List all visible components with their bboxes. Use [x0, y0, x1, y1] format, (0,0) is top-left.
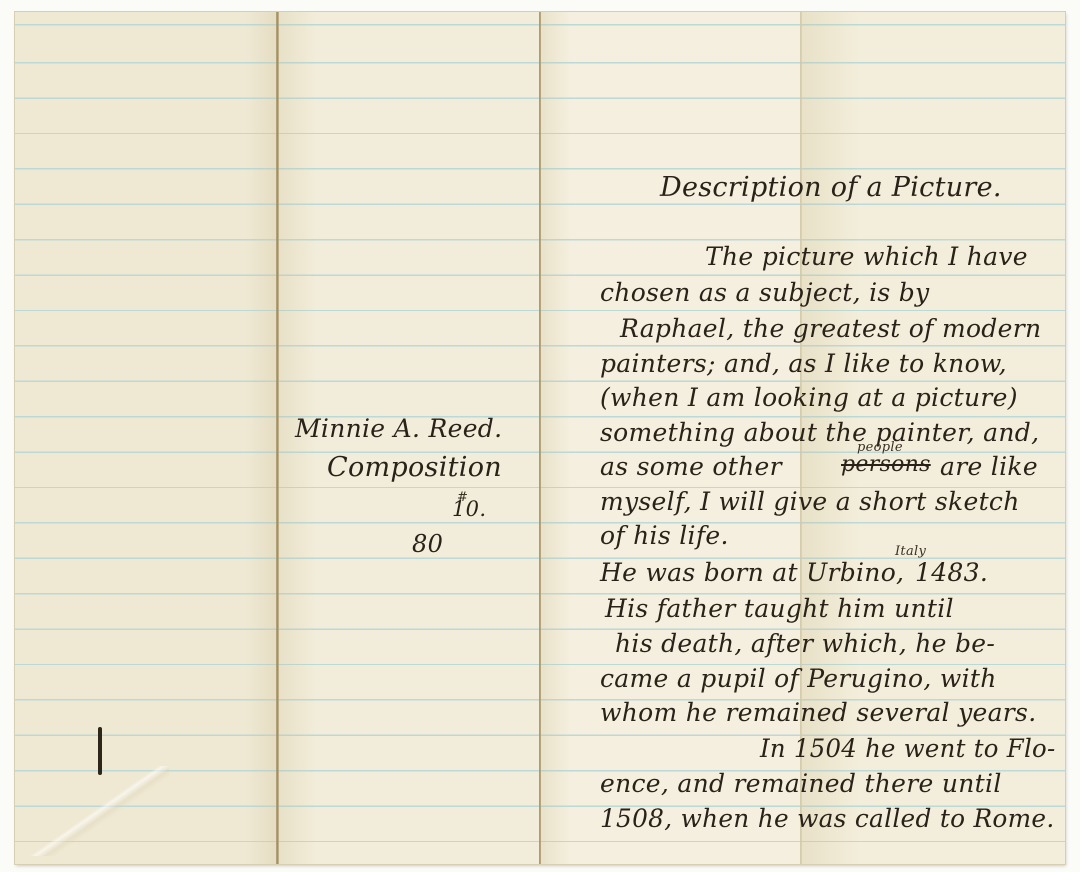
center-fold [276, 12, 279, 864]
essay-line-14: whom he remained several years. [600, 698, 1036, 727]
composition-label: Composition [327, 452, 502, 483]
essay-line-17: 1508, when he was called to Rome. [600, 804, 1055, 833]
essay-line-5: (when I am looking at a picture) [600, 383, 1018, 412]
essay-line-11: His father taught him until [605, 594, 954, 623]
essay-line-16: ence, and remained there until [600, 769, 1002, 798]
essay-title: Description of a Picture. [660, 172, 1002, 203]
inserted-place: Italy [895, 544, 926, 559]
essay-line-15: In 1504 he went to Flo- [760, 734, 1056, 763]
essay-line-10a: He was born at Urbino, [600, 558, 904, 587]
struck-word: persons [841, 452, 931, 477]
essay-line-13: came a pupil of Perugino, with [600, 664, 997, 693]
essay-line-6: something about the painter, and, [600, 418, 1039, 447]
essay-line-4: painters; and, as I like to know, [600, 349, 1007, 378]
essay-line-2: chosen as a subject, is by [600, 278, 929, 307]
grade-mark: 80 [412, 530, 443, 558]
left-blank-panel [15, 12, 277, 864]
essay-line-12: his death, after which, he be- [615, 629, 995, 658]
composition-number: 10. [452, 497, 486, 521]
essay-line-9: of his life. [600, 521, 729, 550]
cover-panel: Minnie A. Reed. Composition # 10. 80 [277, 12, 540, 864]
essay-line-10b: 1483. [915, 558, 988, 587]
folded-corner [29, 766, 169, 856]
essay-line-1: The picture which I have [705, 242, 1028, 271]
author-name: Minnie A. Reed. [295, 414, 502, 443]
essay-line-7a: as some other [600, 452, 782, 481]
essay-line-3: Raphael, the greatest of modern [620, 314, 1041, 343]
essay-line-8: myself, I will give a short sketch [600, 487, 1020, 516]
essay-line-7b: are like [940, 452, 1038, 481]
document-sheet: Minnie A. Reed. Composition # 10. 80 Des… [15, 12, 1065, 864]
sheet-edge-fold [539, 12, 541, 864]
